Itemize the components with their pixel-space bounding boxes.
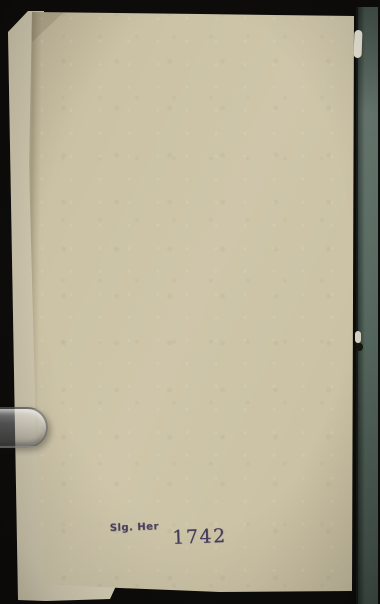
paper-speck-light [355,331,361,343]
stamp-number: 1742 [172,525,227,549]
book-scan: Slg. Her 1742 [0,0,380,604]
paper-speck-dark [356,343,363,351]
facing-page-edge [356,7,378,604]
library-stamp: Slg. Her 1742 [109,516,227,551]
blank-book-page: Slg. Her 1742 [0,0,380,604]
paper-sliver [354,30,363,58]
page-holder-clip [0,407,48,448]
stamp-label: Slg. Her [109,518,159,534]
